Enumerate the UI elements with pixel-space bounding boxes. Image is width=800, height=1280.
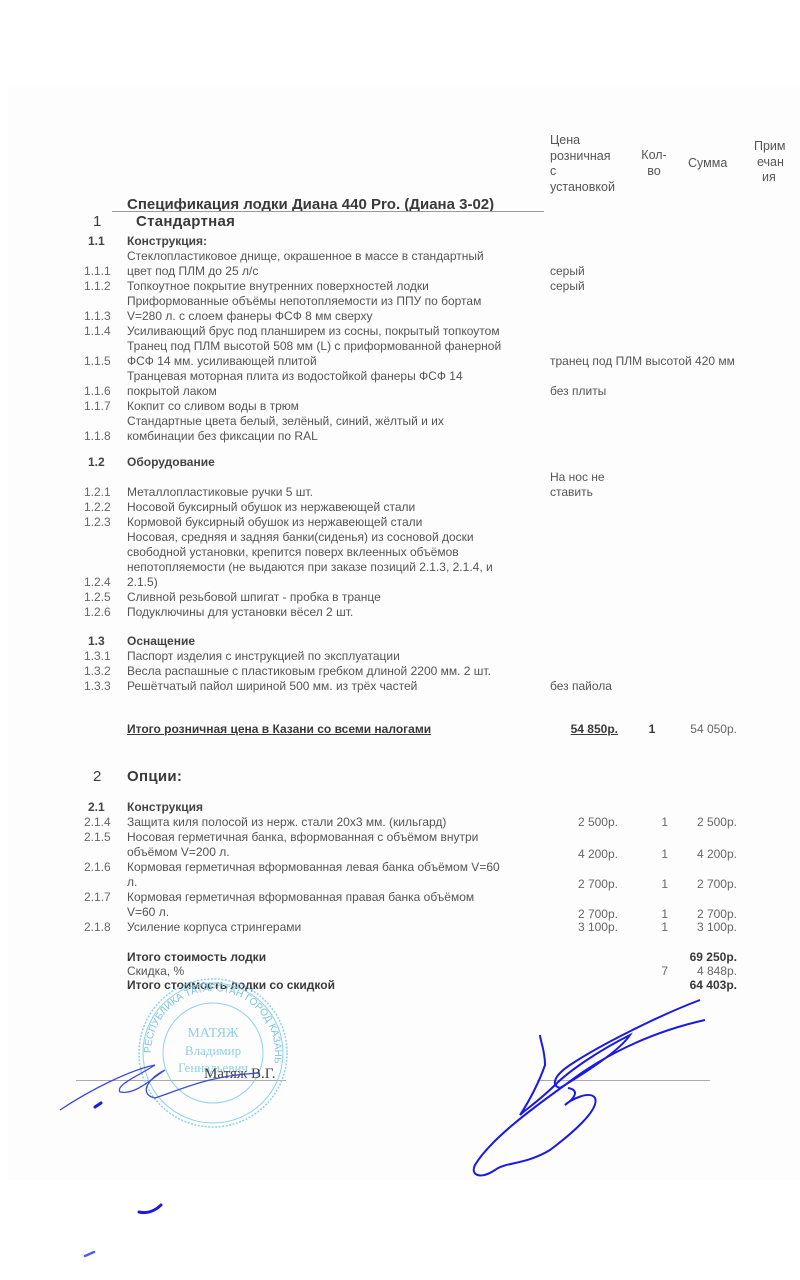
item-note: серый — [550, 279, 585, 294]
option-text: Кормовая герметичная вформованная правая… — [127, 890, 474, 905]
item-number: 1.1.8 — [84, 429, 111, 443]
option-qty: 1 — [648, 907, 668, 921]
section-title: Стандартная — [136, 213, 235, 230]
item-text: цвет под ПЛМ до 25 л/с — [127, 264, 258, 279]
item-text: Кокпит со сливом воды в трюм — [127, 399, 299, 414]
item-number: 1.2.5 — [84, 590, 111, 604]
item-text: Транцевая моторная плита из водостойкой … — [127, 369, 463, 384]
option-price: 2 700р. — [540, 907, 618, 921]
item-number: 1.1.5 — [84, 354, 111, 368]
item-number: 1.3.1 — [84, 649, 111, 663]
item-text: непотопляемости (не выдаются при заказе … — [127, 560, 493, 575]
discount-percent: 7 — [648, 964, 668, 978]
item-text: ФСФ 14 мм. усиливающей плитой — [127, 354, 317, 369]
item-note: без плиты — [550, 384, 606, 399]
signature-left — [40, 1040, 300, 1120]
option-price: 4 200р. — [540, 847, 618, 861]
option-qty: 1 — [648, 847, 668, 861]
item-number: 1.2.4 — [84, 575, 111, 589]
item-text: Паспорт изделия с инструкцией по эксплуа… — [127, 649, 400, 664]
retail-total-sum: 54 050р. — [680, 722, 737, 736]
item-text: Сливной резьбовой шпигат - пробка в тран… — [127, 590, 381, 605]
note-line: ечан — [754, 155, 786, 171]
option-text: объёмом V=200 л. — [127, 845, 230, 860]
item-number: 1.3.3 — [84, 679, 111, 693]
option-number: 2.1.6 — [84, 860, 111, 874]
item-note: ставить — [550, 485, 593, 500]
col-header-note: Прим ечан ия — [754, 139, 786, 186]
title-rule — [112, 211, 544, 212]
boat-total-value: 69 250р. — [680, 950, 737, 964]
option-sum: 2 700р. — [680, 877, 737, 891]
item-text: Подуключины для установки вёсел 2 шт. — [127, 605, 353, 620]
option-text: Кормовая герметичная вформованная левая … — [127, 860, 500, 875]
item-number: 1.3.2 — [84, 664, 111, 678]
col-header-sum: Сумма — [688, 156, 727, 172]
item-number: 1.1.1 — [84, 264, 111, 278]
option-price: 2 700р. — [540, 877, 618, 891]
col-header-price: Цена розничная с установкой — [550, 133, 620, 195]
option-qty: 1 — [648, 920, 668, 934]
item-number: 1.2.2 — [84, 500, 111, 514]
subsection-title: Конструкция — [127, 800, 203, 814]
option-qty: 1 — [648, 815, 668, 829]
item-text: Усиливающий брус под планширем из сосны,… — [127, 324, 500, 339]
item-number: 1.1.7 — [84, 399, 111, 413]
section-title: Опции: — [127, 768, 182, 785]
item-text: комбинации без фиксации по RAL — [127, 429, 318, 444]
option-number: 2.1.5 — [84, 830, 111, 844]
item-number: 1.2.3 — [84, 515, 111, 529]
option-text: Усиление корпуса стрингерами — [127, 920, 301, 935]
item-number: 1.1.2 — [84, 279, 111, 293]
ink-mark — [135, 1200, 165, 1220]
col-header-qty: Кол-во — [636, 148, 672, 179]
subsection-number: 2.1 — [88, 800, 105, 814]
item-note: транец под ПЛМ высотой 420 мм — [550, 354, 735, 369]
item-number: 1.1.6 — [84, 384, 111, 398]
option-text: Защита киля полосой из нерж. стали 20х3 … — [127, 815, 446, 830]
item-text: покрытой лаком — [127, 384, 217, 399]
option-price: 3 100р. — [540, 920, 618, 934]
subsection-number: 1.3 — [88, 634, 105, 648]
subsection-number: 1.2 — [88, 455, 105, 469]
retail-total-price: 54 850р. — [540, 722, 618, 736]
subsection-title: Конструкция: — [127, 234, 207, 248]
item-note: серый — [550, 264, 585, 279]
option-number: 2.1.8 — [84, 920, 111, 934]
item-number: 1.1.4 — [84, 324, 111, 338]
retail-total-label: Итого розничная цена в Казани со всеми н… — [127, 722, 431, 737]
item-text: Носовая, средняя и задняя банки(сиденья)… — [127, 530, 474, 545]
item-text: свободной установки, крепится поверх вкл… — [127, 545, 459, 560]
option-qty: 1 — [648, 877, 668, 891]
retail-total-qty: 1 — [640, 722, 664, 736]
option-price: 2 500р. — [540, 815, 618, 829]
item-text: Топкоутное покрытие внутренних поверхнос… — [127, 279, 429, 294]
section-number: 1 — [93, 213, 101, 230]
section-number: 2 — [93, 768, 101, 785]
option-number: 2.1.4 — [84, 815, 111, 829]
boat-total-label: Итого стоимость лодки — [127, 950, 266, 965]
item-text: Стандартные цвета белый, зелёный, синий,… — [127, 414, 444, 429]
signature-right — [440, 990, 740, 1190]
item-text: 2.1.5) — [127, 575, 158, 590]
subsection-number: 1.1 — [88, 234, 105, 248]
item-text: Металлопластиковые ручки 5 шт. — [127, 485, 313, 500]
subsection-title: Оборудование — [127, 455, 215, 469]
subsection-title: Оснащение — [127, 634, 195, 648]
item-text: Стеклопластиковое днище, окрашенное в ма… — [127, 249, 484, 264]
item-number: 1.2.6 — [84, 605, 111, 619]
option-text: Носовая герметичная банка, вформованная … — [127, 830, 478, 845]
option-sum: 4 200р. — [680, 847, 737, 861]
option-number: 2.1.7 — [84, 890, 111, 904]
option-text: V=60 л. — [127, 905, 169, 920]
option-text: л. — [127, 875, 137, 890]
option-sum: 3 100р. — [680, 920, 737, 934]
item-note: На нос не — [550, 470, 605, 485]
item-text: Решётчатый пайол шириной 500 мм. из трёх… — [127, 679, 417, 694]
item-text: Носовой буксирный обушок из нержавеющей … — [127, 500, 415, 515]
item-text: Кормовой буксирный обушок из нержавеющей… — [127, 515, 422, 530]
item-note: без пайола — [550, 679, 612, 694]
discount-value: 4 848р. — [680, 964, 737, 978]
item-text: Транец под ПЛМ высотой 508 мм (L) с приф… — [127, 339, 501, 354]
svg-text:МАТЯЖ: МАТЯЖ — [187, 1026, 239, 1041]
item-text: Приформованные объёмы непотопляемости из… — [127, 294, 481, 309]
item-text: Весла распашные с пластиковым гребком дл… — [127, 664, 491, 679]
item-text: V=280 л. с слоем фанеры ФСФ 8 мм сверху — [127, 309, 372, 324]
option-sum: 2 700р. — [680, 907, 737, 921]
option-sum: 2 500р. — [680, 815, 737, 829]
ink-mark — [82, 1248, 102, 1260]
note-line: Прим — [754, 139, 786, 155]
item-number: 1.2.1 — [84, 485, 111, 499]
note-line: ия — [754, 170, 786, 186]
item-number: 1.1.3 — [84, 309, 111, 323]
